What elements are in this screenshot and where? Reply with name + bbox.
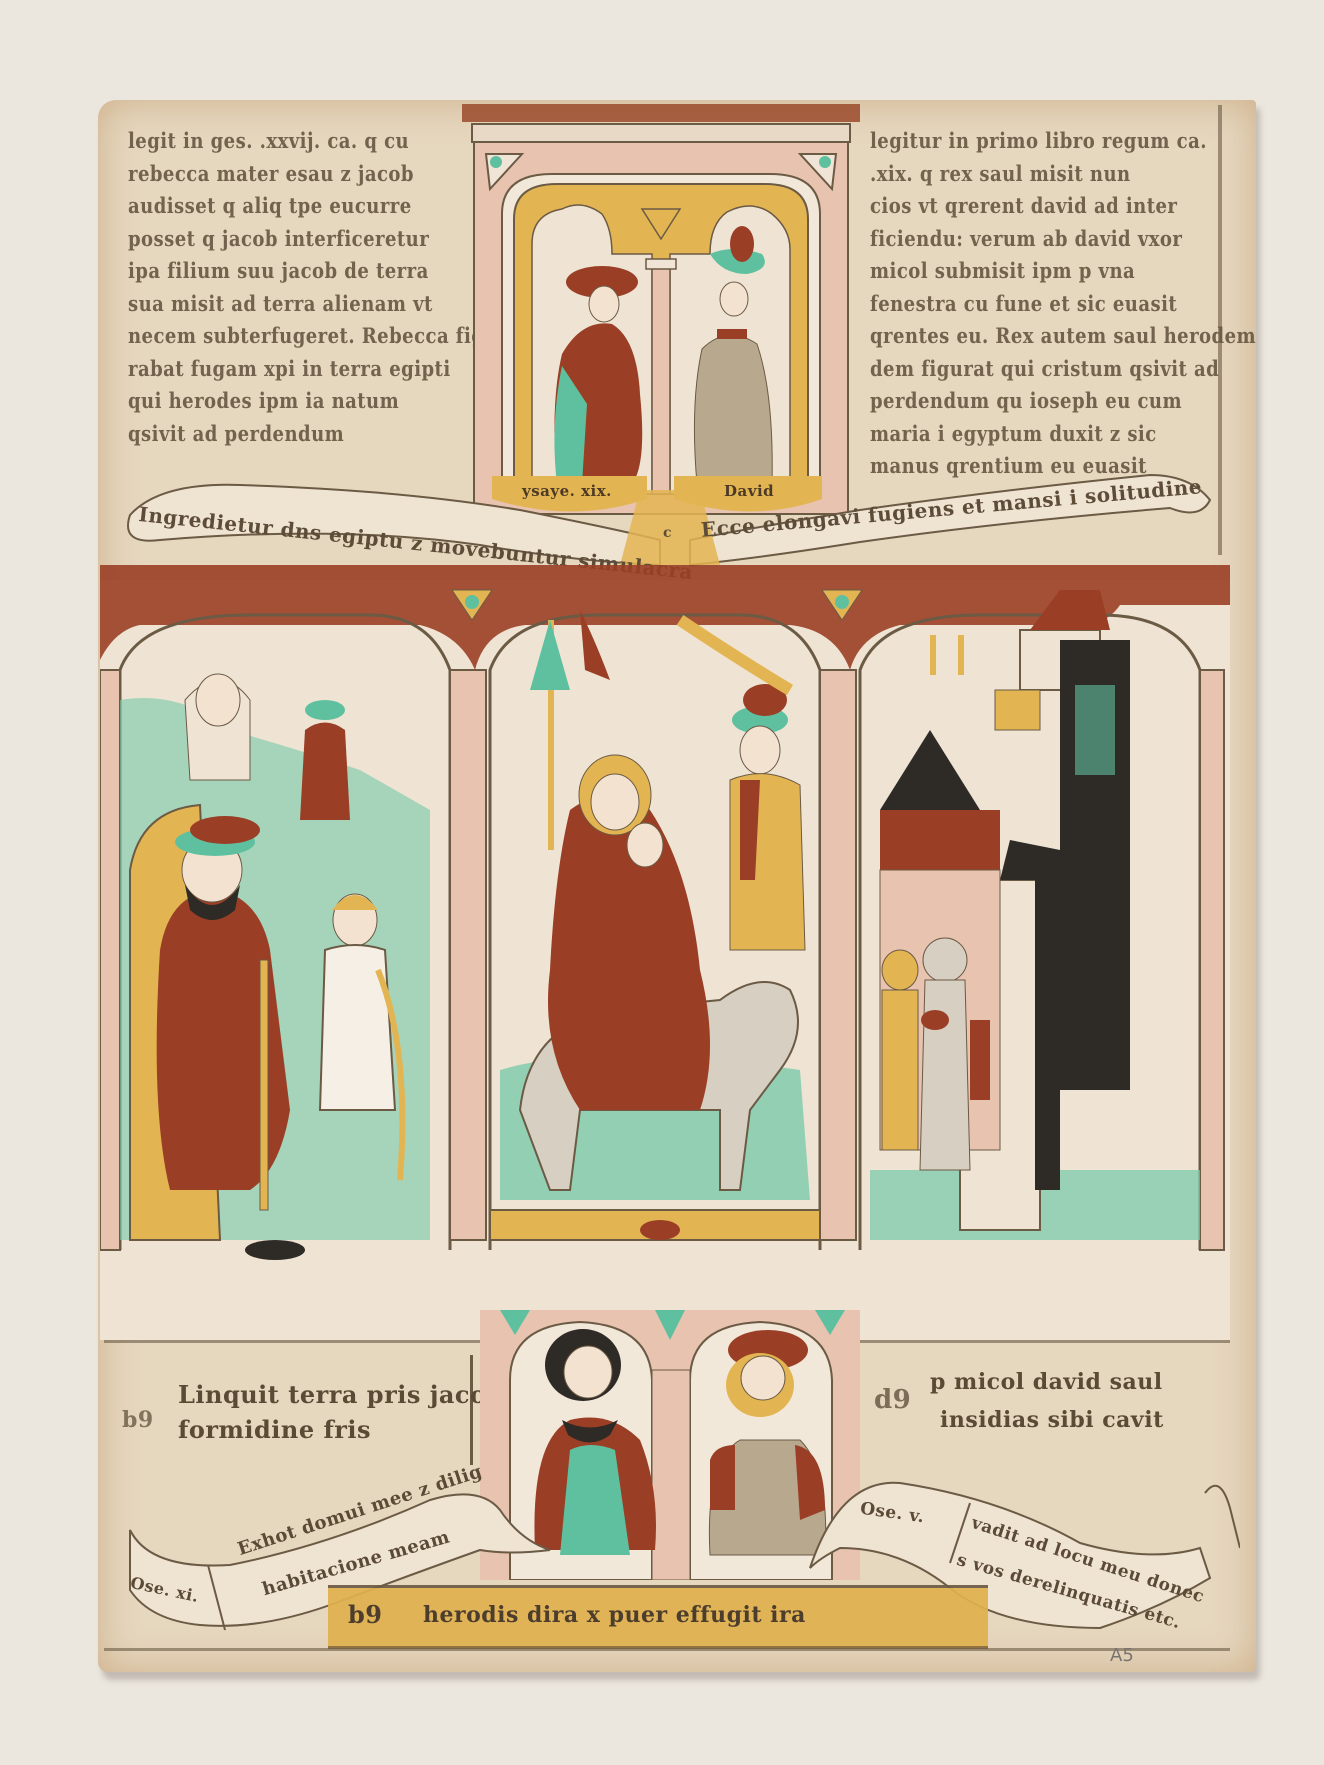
main-arcade	[100, 550, 1230, 1340]
text-line: legitur in primo libro regum ca. .xix. q…	[870, 125, 1180, 483]
verse-line: p micol david saul	[930, 1369, 1163, 1395]
three-scene-woodcut	[100, 550, 1230, 1340]
verse-line: insidias sibi cavit	[940, 1407, 1164, 1433]
title-bar-mark: b9	[348, 1600, 382, 1629]
title-bar: b9 herodis dira x puer effugit ira	[328, 1585, 988, 1649]
text-line: legit in ges. .xxvij. ca. q cu rebecca m…	[128, 125, 420, 450]
verse-line: Linquit terra pris jacob	[178, 1380, 504, 1409]
section-mark: d9	[874, 1385, 911, 1415]
bottom-left-text-block: b9 Linquit terra pris jacob formidine fr…	[110, 1355, 473, 1465]
bottom-right-text-block: d9 p micol david saul insidias sibi cavi…	[860, 1355, 1230, 1465]
corner-pencil-mark: A5	[1110, 1645, 1134, 1666]
prophet-niche-illustration	[462, 104, 860, 524]
top-niche: ysaye. xix. David	[462, 104, 860, 524]
verse-line: formidine fris	[178, 1415, 371, 1444]
section-mark: b9	[122, 1407, 154, 1433]
scroll-center-mark: c	[663, 525, 672, 541]
frame-rule	[104, 1648, 1230, 1651]
top-right-text-block: legitur in primo libro regum ca. .xix. q…	[870, 125, 1230, 455]
top-left-text-block: legit in ges. .xxvij. ca. q cu rebecca m…	[128, 125, 468, 455]
title-bar-text: herodis dira x puer effugit ira	[423, 1602, 806, 1628]
